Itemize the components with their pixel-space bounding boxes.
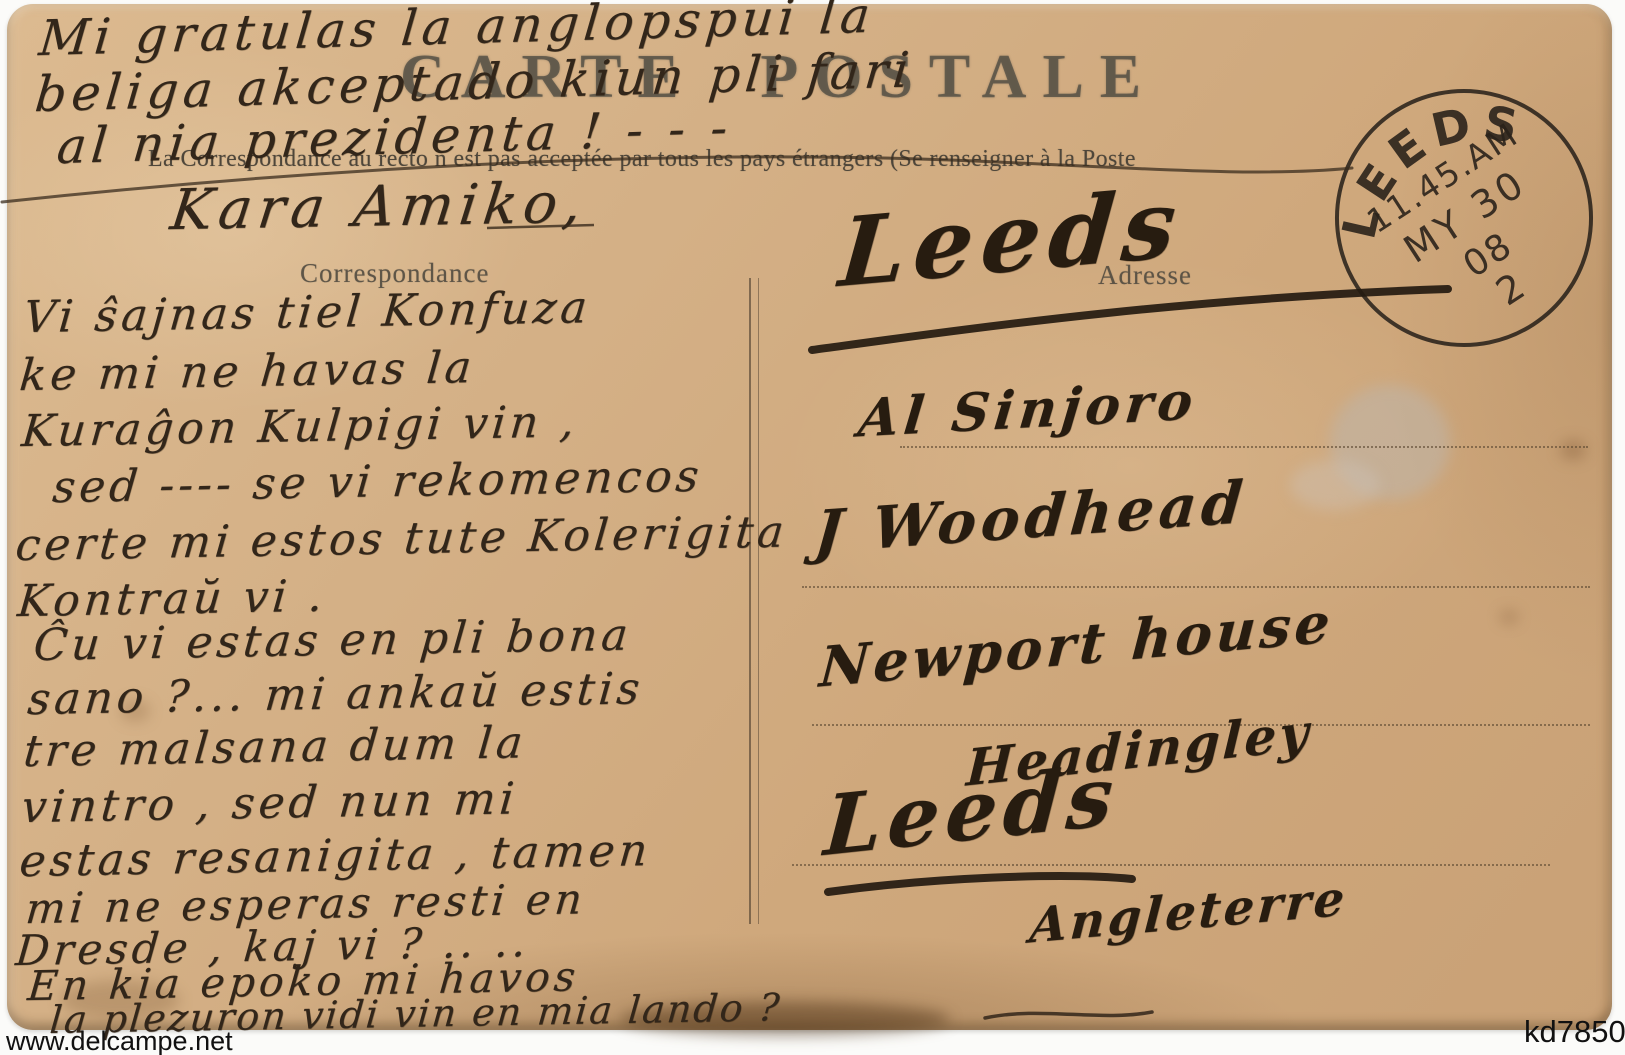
- message-line-1: Vi ŝajnas tiel Konfuza: [22, 282, 593, 343]
- message-line-3: Kuraĝon Kulpigi vin ,: [20, 396, 581, 457]
- message-line-8: sano ?... mi ankaŭ estis: [26, 663, 646, 725]
- fox-spot-2: [1500, 610, 1518, 624]
- center-divider-rule: [749, 278, 759, 924]
- message-line-2: ke mi ne havas la: [18, 342, 478, 401]
- watermark-delcampe: www.delcampe.net: [6, 1026, 233, 1055]
- address-dotted-line-2: [802, 586, 1590, 588]
- scan-stage: CARTE POSTALE La Correspondance au recto…: [0, 0, 1625, 1055]
- message-line-7: Ĉu vi estas en pli bona: [32, 610, 634, 672]
- tear-mark-right-2: [1290, 460, 1380, 510]
- salutation: Kara Amiko,: [167, 171, 591, 243]
- message-line-9: tre malsana dum la: [22, 717, 529, 777]
- message-line-10: vintro , sed nun mi: [20, 773, 520, 833]
- fox-spot-1: [1560, 440, 1586, 460]
- leeds-postmark: LEEDS 11.45.AM MY 30 08 2: [1318, 72, 1610, 364]
- watermark-id: kd7850: [1524, 1014, 1625, 1050]
- address-dotted-line-1: [900, 446, 1588, 448]
